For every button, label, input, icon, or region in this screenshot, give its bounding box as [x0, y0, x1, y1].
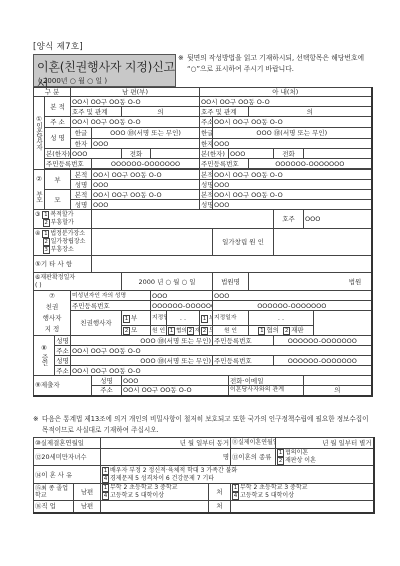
wife-phone-field[interactable]: [304, 149, 372, 159]
husband-phone-field[interactable]: [151, 149, 200, 159]
section4-options: ④ 1법정분가장소 2일가창립장소 3부흥장소: [34, 229, 92, 256]
option-3-box[interactable]: 3: [43, 246, 50, 254]
wife-hangul-label: 한글: [200, 128, 213, 139]
husband-head-relation-field[interactable]: 의: [122, 107, 200, 117]
submitter-address-label: 주소: [92, 386, 122, 396]
wife-bon-label: 본(한자): [200, 149, 229, 159]
section3-value[interactable]: [92, 210, 274, 229]
family-founding-reason-field[interactable]: [274, 229, 372, 256]
col-header-category: 구 분: [34, 88, 71, 97]
submitter-address-field[interactable]: OO시 OO구 OO동 O-O: [122, 386, 229, 396]
witness2-name-label: 성명: [55, 356, 71, 366]
court-name-label: 법원명: [213, 273, 249, 291]
section1-label: ①이혼당사자: [34, 97, 45, 170]
husband-hanja-label: 한자: [71, 139, 92, 149]
head-field[interactable]: OOO: [304, 210, 372, 229]
wife-father-bonjeok-field[interactable]: OO시 OO구 OO동 O-O: [213, 170, 372, 180]
minor-children-count-field[interactable]: 명: [101, 449, 231, 466]
judgment-date-label: ⑥재판확정일자( ): [34, 273, 122, 291]
father-label: 부: [45, 170, 71, 190]
wife-rrn-label: 주민등록번호: [200, 159, 249, 169]
custodian-label: 친권행사자: [71, 311, 122, 336]
husband-mother-name-label: 성명: [71, 200, 92, 210]
wife-head-relation-label: 호주 및 관계: [200, 107, 249, 117]
husband-hangul-label: 한글: [71, 128, 92, 139]
wife-mother-bonjeok-field[interactable]: OO시 OO구 OO동 O-O: [213, 190, 372, 200]
husband-father-name-label: 성명: [71, 180, 92, 190]
custodian2-mother-option[interactable]: 2모: [200, 326, 213, 336]
wife-name-hangul-field[interactable]: OOO ㊞(서명 또는 무인): [213, 128, 372, 139]
option-1-box[interactable]: 1: [42, 211, 49, 219]
relation-label: 이혼당사자와의 관계: [229, 386, 304, 396]
husband-mother-bonjeok-label: 본적: [71, 190, 92, 200]
wife-education-options[interactable]: 1무학 2 초등학교 3 중학교4고등학교 5 대학이상: [231, 484, 374, 501]
note-mark-icon: ※: [178, 53, 184, 64]
other-matters-field[interactable]: [92, 256, 372, 273]
husband-address-field[interactable]: OO시 OO구 OO동 O-O: [71, 117, 200, 128]
husband-name-hangul-field[interactable]: OOO ㊞(서명 또는 무인): [92, 128, 200, 139]
divorce-reason-label: ⑭이 혼 사 유: [34, 466, 101, 484]
husband-bonjeok-field[interactable]: OO시 OO구 OO동 O-O: [71, 97, 200, 107]
statistics-notice: ※ 다음은 통계법 제13조에 의거 개인의 비밀사항이 철저히 보호되고 또한…: [33, 414, 373, 435]
husband-occupation-field[interactable]: [101, 501, 209, 513]
witness1-rrn-label: 주민등록번호: [213, 336, 274, 346]
designate-date-label-2: 지정일자: [213, 311, 249, 326]
other-matters-label: ⑤기 타 사 항: [34, 256, 92, 273]
custodian-designation-label: ⑦친권행사자지 정: [34, 291, 71, 336]
wife-father-name-label: 성명: [200, 180, 213, 190]
court-name-field[interactable]: 법원: [249, 273, 372, 291]
wife-address-field[interactable]: OO시 OO구 OO동 O-O: [213, 117, 372, 128]
husband-father-bonjeok-field[interactable]: OO시 OO구 OO동 O-O: [92, 170, 200, 180]
divorce-type-options[interactable]: 1협의이혼2재판상 이혼: [276, 449, 374, 466]
designate-date-field-2[interactable]: . .: [249, 311, 314, 326]
cause-label-1: 원 인: [151, 326, 167, 336]
form-date: ( 2000년 ○ 월 ○ 일 ): [38, 76, 107, 86]
witness2-rrn-field[interactable]: OOOOOO-OOOOOOO: [274, 356, 372, 366]
option-2-box[interactable]: 2: [43, 238, 50, 246]
witness2-name-field[interactable]: OOO ㊞(서명 또는 무인): [71, 356, 213, 366]
wife-hanja-label: 한자: [200, 139, 213, 149]
wife-address-label: 주소: [200, 117, 213, 128]
wife-head-relation-field[interactable]: 의: [249, 107, 372, 117]
phone-email-label: 전화·이메일: [229, 376, 304, 386]
section3-options: ③ 1복적할가 2부흥할가: [34, 210, 92, 229]
witness2-address-label: 주소: [55, 366, 71, 376]
husband-father-name-field[interactable]: OOO: [92, 180, 200, 190]
mother-label: 모: [45, 190, 71, 210]
custodian1-mother-option[interactable]: 2모: [122, 326, 151, 336]
wife-bonjeok-field[interactable]: OO시 OO구 OO동 O-O: [200, 97, 372, 107]
wife-label: 처: [209, 501, 231, 513]
wife-occupation-field[interactable]: [231, 501, 374, 513]
custodian2-father-option[interactable]: 1부: [200, 311, 213, 326]
divorce-reason-options[interactable]: 1배우자 부정 2 정신적·육체적 학대 3 가족간 불화4경제문제 5 성격차…: [101, 466, 374, 484]
section4-value[interactable]: [92, 229, 213, 256]
husband-mother-bonjeok-field[interactable]: OO시 OO구 OO동 O-O: [92, 190, 200, 200]
cause-options-2[interactable]: 1협의 2재판: [249, 326, 314, 336]
final-education-label: ⑮최 종 졸업학교: [34, 484, 74, 501]
wife-father-name-field[interactable]: OOO: [213, 180, 372, 190]
wife-label: 처: [209, 484, 231, 501]
form-number: [양식 제7호]: [33, 40, 83, 52]
option-2-box[interactable]: 2: [43, 219, 50, 227]
col-header-husband: 남 편(부): [71, 88, 200, 97]
wife-bon-field[interactable]: OOO: [229, 149, 274, 159]
witness1-rrn-field[interactable]: OOOOOO-OOOOOOO: [274, 336, 372, 346]
husband-bon-field[interactable]: OOO: [71, 149, 122, 159]
family-founding-reason-label: 일가창립 원 인: [213, 229, 274, 256]
husband-bon-label: 본(한자): [45, 149, 71, 159]
witness-label: ⑧증인: [34, 336, 55, 376]
custodian1-father-option[interactable]: 1부: [122, 311, 151, 326]
witness1-address-label: 주소: [55, 346, 71, 356]
cause-options-1[interactable]: 1협의2재판: [167, 326, 200, 336]
husband-label: 남편: [74, 501, 101, 513]
husband-education-options[interactable]: 1무학 2 초등학교 3 중학교4고등학교 5 대학이상: [101, 484, 209, 501]
minor-name-label: 미성년자인 자의 성명: [71, 291, 151, 301]
divorce-type-label: ⑬이혼의 종류: [231, 449, 276, 466]
witness2-address-field[interactable]: OO시 OO구 OO동 O-O: [71, 366, 372, 376]
husband-name-hanja-field[interactable]: OOO: [92, 139, 200, 149]
witness1-name-label: 성명: [55, 336, 71, 346]
witness1-address-field[interactable]: OO시 OO구 OO동 O-O: [71, 346, 372, 356]
husband-head-relation-label: 호주 및 관계: [71, 107, 122, 117]
actual-divorce-date-label: ⑪실제이혼연월일: [231, 438, 276, 449]
address-label: 주 소: [45, 117, 71, 128]
wife-mother-name-field[interactable]: OOO: [213, 200, 372, 210]
minor2-name-field[interactable]: OOO: [213, 291, 372, 301]
wife-mother-name-label: 성명: [200, 200, 213, 210]
wife-name-hanja-field[interactable]: OOO: [213, 139, 372, 149]
submitter-name-field[interactable]: OOO: [122, 376, 229, 386]
wife-mother-bonjeok-label: 본적: [200, 190, 213, 200]
relation-field[interactable]: 의: [304, 386, 372, 396]
wife-phone-label: 전화: [274, 149, 304, 159]
note-mark-icon: ※: [33, 414, 39, 425]
form-title-box: 이혼(친권행사자 지정)신고서 ( 2000년 ○ 월 ○ 일 ): [33, 54, 176, 87]
wife-rrn-field[interactable]: OOOOOO-OOOOOOO: [249, 159, 372, 169]
statistics-notice-text: 다음은 통계법 제13조에 의거 개인의 비밀사항이 철저히 보호되고 또한 국…: [42, 414, 373, 435]
husband-rrn-label: 주민등록번호: [45, 159, 92, 169]
statistics-table: ⑩실제결혼연월일 년 월 일부터 동거 ⑪실제이혼연월일 년 월 일부터 별거 …: [33, 437, 375, 514]
submitter-name-label: 성명: [92, 376, 122, 386]
husband-phone-label: 전화: [122, 149, 151, 159]
actual-marriage-date-label: ⑩실제결혼연월일: [34, 438, 101, 449]
husband-label: 남편: [74, 484, 101, 501]
minor2-rrn-field[interactable]: OOOOOO-OOOOOOO: [213, 301, 372, 311]
bonjeok-label: 본 적: [45, 97, 71, 117]
minor-children-count-label: ⑫20세미만자녀수: [34, 449, 101, 466]
husband-rrn-field[interactable]: OOOOOO-OOOOOOO: [92, 159, 200, 169]
minor1-name-field[interactable]: OOO: [151, 291, 213, 301]
actual-divorce-date-field[interactable]: 년 월 일부터 별거: [276, 438, 374, 449]
husband-mother-name-field[interactable]: OOO: [92, 200, 200, 210]
witness2-rrn-label: 주민등록번호: [213, 356, 274, 366]
col-header-wife: 아 내(처): [200, 88, 372, 97]
option-1-box[interactable]: 1: [42, 230, 49, 238]
section2-label: ②부모: [34, 170, 45, 210]
witness1-name-field[interactable]: OOO ㊞(서명 또는 무인): [71, 336, 213, 346]
designate-date-field-1[interactable]: . .: [167, 311, 200, 326]
occupation-label: ⑯직 업: [34, 501, 74, 513]
notice-text: 뒷면의 작성방법을 읽고 기재하시되, 선택항목은 해당번호에 “○”으로 표시…: [187, 53, 374, 74]
cause-label-2: 원 인: [213, 326, 249, 336]
minor-rrn-label: 주민등록번호: [71, 301, 151, 311]
phone-email-field[interactable]: [304, 376, 372, 386]
actual-marriage-date-field[interactable]: 년 월 일부터 동거: [101, 438, 231, 449]
name-label: 성 명: [45, 128, 71, 149]
designate-date-label-1: 지정일자: [151, 311, 167, 326]
wife-father-bonjeok-label: 본적: [200, 170, 213, 180]
minor1-rrn-field[interactable]: OOOOOO-OOOOOOO: [151, 301, 213, 311]
divorce-report-table: 구 분 남 편(부) 아 내(처) ①이혼당사자 본 적 OO시 OO구 OO동…: [33, 87, 373, 397]
husband-father-bonjeok-label: 본적: [71, 170, 92, 180]
judgment-date-field[interactable]: 2000 년 ○ 월 ○ 일: [122, 273, 213, 291]
submitter-label: ⑨제출자: [34, 376, 92, 396]
head-label: 호주: [274, 210, 304, 229]
instructions-notice: ※ 뒷면의 작성방법을 읽고 기재하시되, 선택항목은 해당번호에 “○”으로 …: [178, 53, 374, 74]
